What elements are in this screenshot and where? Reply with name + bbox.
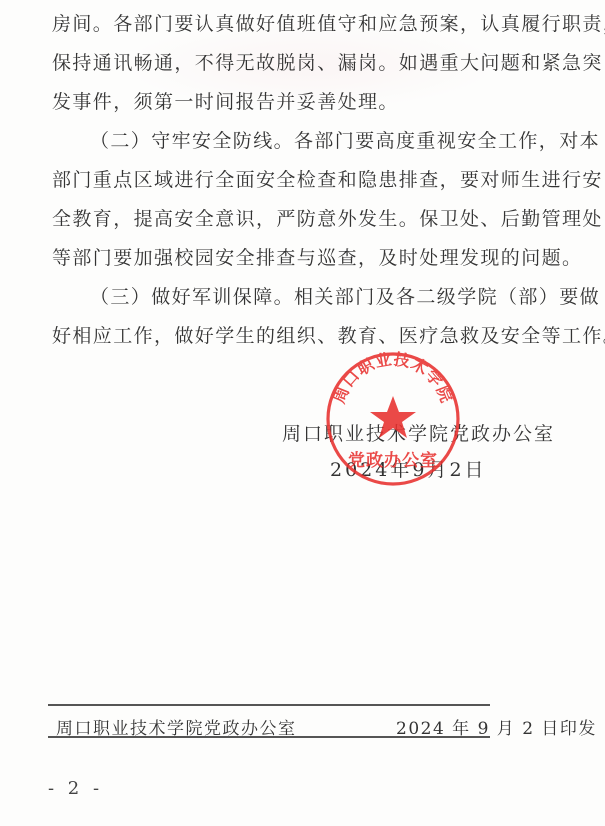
paragraph-1-line-1: 房间。各部门要认真做好值班值守和应急预案，认真履行职责， (52, 12, 605, 36)
signature-date: 2024年9月2日 (330, 455, 487, 482)
paragraph-1-line-2: 保持通讯畅通，不得无故脱岗、漏岗。如遇重大问题和紧急突 (52, 51, 603, 75)
paragraph-2-line-2: 部门重点区域进行全面安全检查和隐患排查，要对师生进行安 (52, 168, 603, 192)
paragraph-2-line-3: 全教育，提高安全意识，严防意外发生。保卫处、后勤管理处 (52, 207, 603, 231)
svg-text:周口职业技术学院: 周口职业技术学院 (329, 350, 456, 406)
paragraph-1-line-3: 发事件，须第一时间报告并妥善处理。 (52, 90, 399, 114)
footer-bottom-rule (48, 736, 490, 738)
signature-organization: 周口职业技术学院党政办公室 (282, 419, 555, 446)
paragraph-3-line-1: （三）做好军训保障。相关部门及各二级学院（部）要做 (90, 285, 600, 309)
page-number: - 2 - (48, 778, 103, 799)
paragraph-2-line-1: （二）守牢安全防线。各部门要高度重视安全工作，对本 (90, 129, 600, 153)
seal-top-text: 周口职业技术学院 (329, 350, 456, 406)
footer-top-rule (48, 704, 490, 706)
document-page: 房间。各部门要认真做好值班值守和应急预案，认真履行职责， 保持通讯畅通，不得无故… (0, 0, 605, 826)
paragraph-2-line-4: 等部门要加强校园安全排查与巡查，及时处理发现的问题。 (52, 246, 582, 270)
paragraph-3-line-2: 好相应工作，做好学生的组织、教育、医疗急救及安全等工作。 (52, 324, 605, 348)
